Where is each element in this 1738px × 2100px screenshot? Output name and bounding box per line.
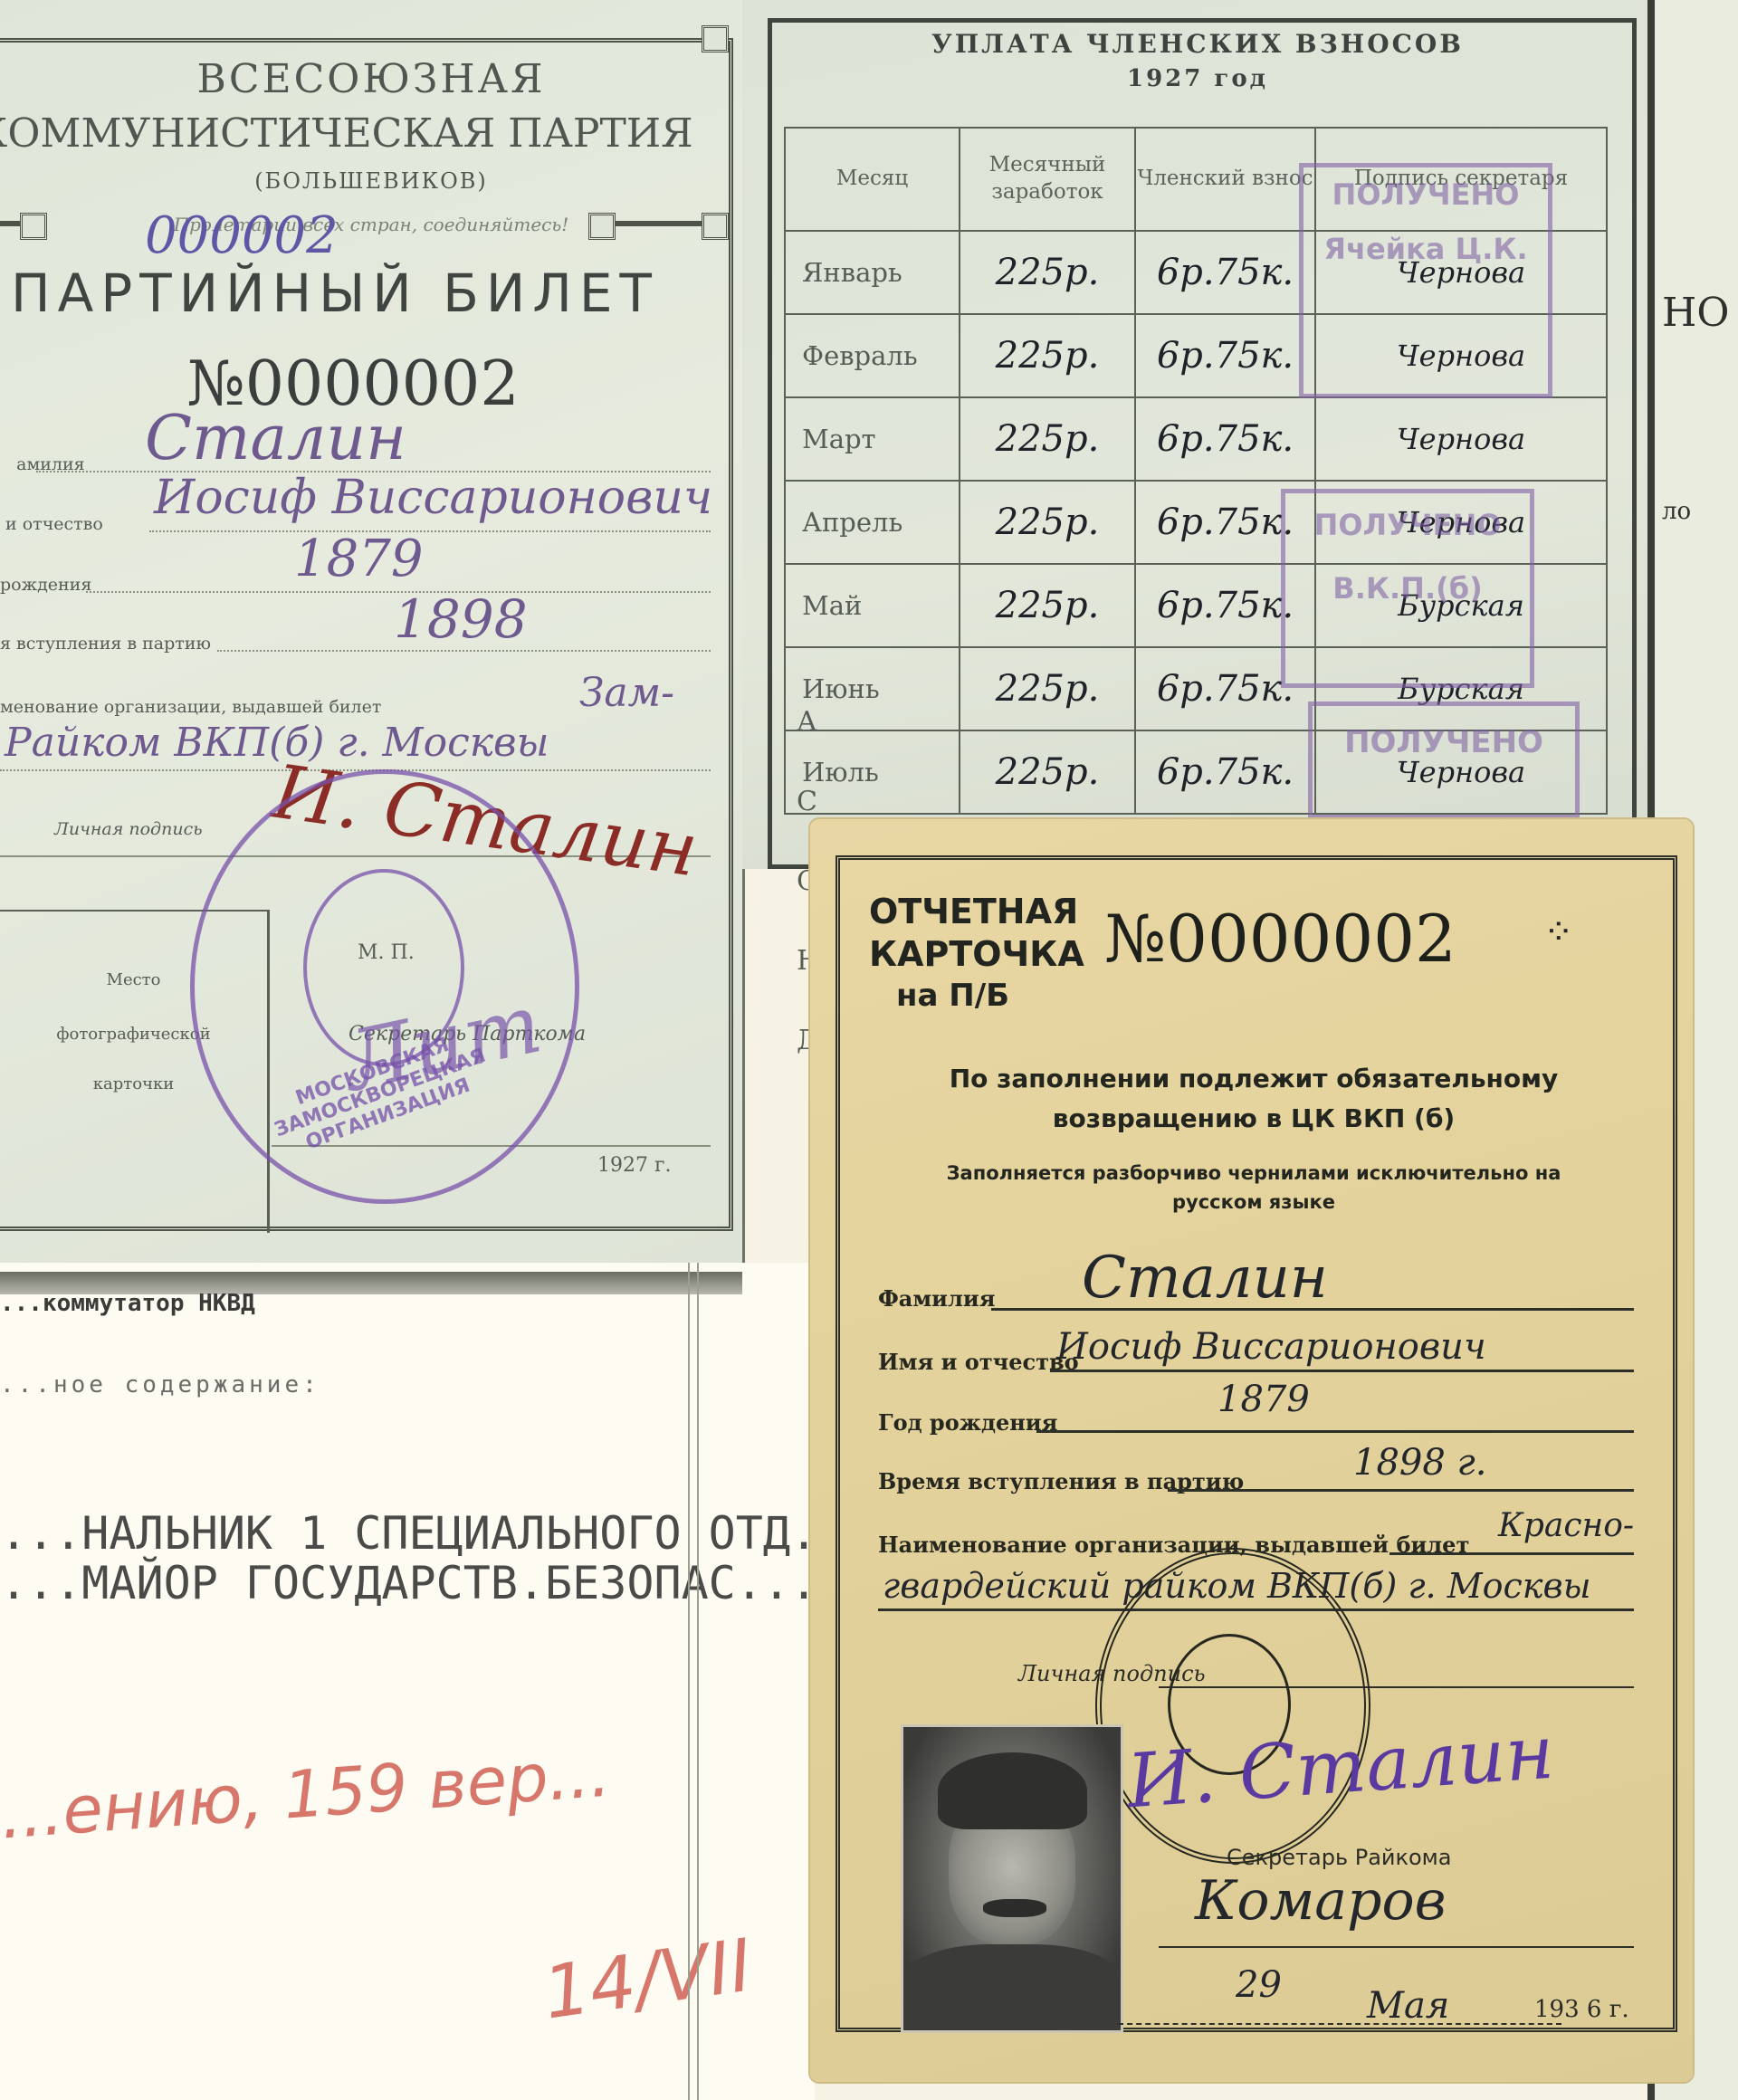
card-value-surname: Сталин: [1082, 1245, 1328, 1312]
dues-cell-dues: 6р.75к.: [1135, 314, 1315, 397]
card-label-org: Наименование организации, выдавшей билет: [878, 1532, 1469, 1558]
report-card: ОТЧЕТНАЯ КАРТОЧКА на П/Б №0000002 ⁘ По з…: [810, 819, 1693, 2082]
ornament-right: [616, 221, 715, 226]
pencil-note-2: 14/VII: [539, 1923, 757, 2035]
dues-year: 1927 год: [768, 65, 1628, 92]
card-secretary-signature: Комаров: [1195, 1869, 1447, 1933]
hidden-row-initial: С: [797, 786, 817, 817]
field-value-joined: 1898: [394, 588, 528, 650]
card-title-2: КАРТОЧКА: [869, 937, 1084, 973]
field-value-name: Иосиф Виссарионович: [154, 471, 712, 525]
card-date-month: Мая: [1367, 1985, 1449, 2027]
card-field-line: [1118, 2023, 1561, 2025]
dues-cell-dues: 6р.75к.: [1135, 231, 1315, 314]
card-instruction: Заполняется разборчиво чернилами исключи…: [864, 1159, 1643, 1217]
photo-hair: [938, 1752, 1087, 1829]
card-value-org-1: Красно-: [1498, 1507, 1634, 1544]
dues-cell-earnings: 225р.: [960, 314, 1135, 397]
typed-memo: ...коммутатор НКВД ...ное содержание: ..…: [0, 1263, 815, 2100]
dues-cell-month: Март: [785, 397, 960, 481]
card-value-name: Иосиф Виссарионович: [1056, 1326, 1486, 1368]
field-value-birth: 1879: [294, 530, 424, 588]
memo-line-1: ...коммутатор НКВД: [0, 1290, 255, 1317]
party-card-title: ПАРТИЙНЫЙ БИЛЕТ: [0, 262, 706, 324]
dues-cell-month: Май: [785, 564, 960, 647]
dues-cell-signature: Чернова: [1315, 397, 1607, 481]
field-label-name: и отчество: [0, 514, 103, 534]
report-card-number: №0000002: [1104, 901, 1456, 977]
edge-fragment: НО: [1662, 290, 1729, 336]
memo-line-2: ...ное содержание:: [0, 1371, 320, 1398]
dues-cell-dues: 6р.75к.: [1135, 397, 1315, 481]
handwritten-number: 000002: [145, 206, 339, 265]
dues-cell-month: Апрель: [785, 481, 960, 564]
rosette-ornament: ⁘: [1543, 914, 1574, 950]
field-label-org: менование организации, выдавшей билет: [0, 697, 381, 717]
dues-cell-earnings: 225р.: [960, 564, 1135, 647]
party-card-header-3: (БОЛЬШЕВИКОВ): [0, 168, 742, 194]
card-title-1: ОТЧЕТНАЯ: [869, 894, 1078, 931]
field-value-org-1: Зам-: [579, 670, 674, 716]
year-suffix: 1927 г.: [597, 1154, 672, 1177]
card-title-3: на П/Б: [896, 980, 1009, 1013]
pencil-note-1: ...ению, 159 вер...: [0, 1735, 613, 1854]
card-label-name: Имя и отчество: [878, 1349, 1079, 1375]
edge-fragment: ло: [1662, 498, 1691, 525]
photo-body: [903, 1944, 1121, 2030]
card-label-surname: Фамилия: [878, 1285, 995, 1312]
field-label-joined: я вступления в партию: [0, 634, 211, 654]
card-value-joined: 1898 г.: [1353, 1442, 1486, 1484]
field-value-surname: Сталин: [145, 403, 406, 474]
ornament-square-right: [588, 213, 616, 240]
dues-title: УПЛАТА ЧЛЕНСКИХ ВЗНОСОВ: [768, 29, 1628, 59]
dues-cell-earnings: 225р.: [960, 231, 1135, 314]
dues-row: Март225р.6р.75к.Чернова: [785, 397, 1607, 481]
dues-cell-earnings: 225р.: [960, 730, 1135, 814]
field-line: [217, 650, 711, 652]
personal-signature-label: Личная подпись: [54, 819, 203, 839]
party-card-header-1: ВСЕСОЮЗНАЯ: [0, 56, 742, 102]
party-card-header-2: КОММУНИСТИЧЕСКАЯ ПАРТИЯ: [0, 110, 706, 157]
card-field-line: [1168, 1489, 1634, 1492]
col-dues: Членский взнос: [1135, 128, 1315, 231]
card-date-year: 193 6 г.: [1534, 1996, 1629, 2023]
card-value-birth: 1879: [1218, 1379, 1310, 1420]
card-field-line: [1159, 1946, 1634, 1948]
received-stamp-3: ПОЛУЧЕНО: [1308, 702, 1580, 819]
page-edge-lines: [688, 1263, 699, 2100]
dues-cell-month: Январь: [785, 231, 960, 314]
photo-mustache: [983, 1899, 1046, 1917]
portrait-photo: [901, 1724, 1123, 2033]
received-stamp-1: ПОЛУЧЕНОЯчейка Ц.К.: [1299, 163, 1552, 398]
dues-cell-earnings: 225р.: [960, 647, 1135, 730]
col-earnings: Месячный заработок: [960, 128, 1135, 231]
card-label-birth: Год рождения: [878, 1409, 1057, 1436]
field-value-org-2: Райком ВКП(б) г. Москвы: [5, 720, 549, 766]
dues-cell-dues: 6р.75к.: [1135, 730, 1315, 814]
field-label-birth: рождения: [0, 575, 91, 595]
card-secretary-label: Секретарь Райкома: [1227, 1845, 1451, 1870]
ornament-square-corner: [702, 213, 729, 240]
card-field-line: [1050, 1370, 1634, 1372]
card-field-line: [1036, 1430, 1634, 1433]
hidden-row-initial: А: [797, 706, 817, 738]
card-field-line: [1389, 1552, 1634, 1555]
dues-page: УПЛАТА ЧЛЕНСКИХ ВЗНОСОВ 1927 год Месяц М…: [742, 0, 1647, 869]
memo-line-3: ...НАЛЬНИК 1 СПЕЦИАЛЬНОГО ОТД...: [0, 1507, 872, 1560]
card-notice: По заполнении подлежит обязательному воз…: [864, 1059, 1643, 1139]
ornament-square-top: [702, 25, 729, 52]
party-card-page: ВСЕСОЮЗНАЯ КОММУНИСТИЧЕСКАЯ ПАРТИЯ (БОЛЬ…: [0, 0, 745, 1263]
received-stamp-2: ПОЛУЧЕНОВ.К.П.(б): [1281, 489, 1534, 688]
dues-cell-earnings: 225р.: [960, 481, 1135, 564]
card-date-day: 29: [1236, 1964, 1282, 2006]
col-month: Месяц: [785, 128, 960, 231]
field-line: [149, 530, 711, 532]
dues-cell-earnings: 225р.: [960, 397, 1135, 481]
dues-cell-month: Февраль: [785, 314, 960, 397]
